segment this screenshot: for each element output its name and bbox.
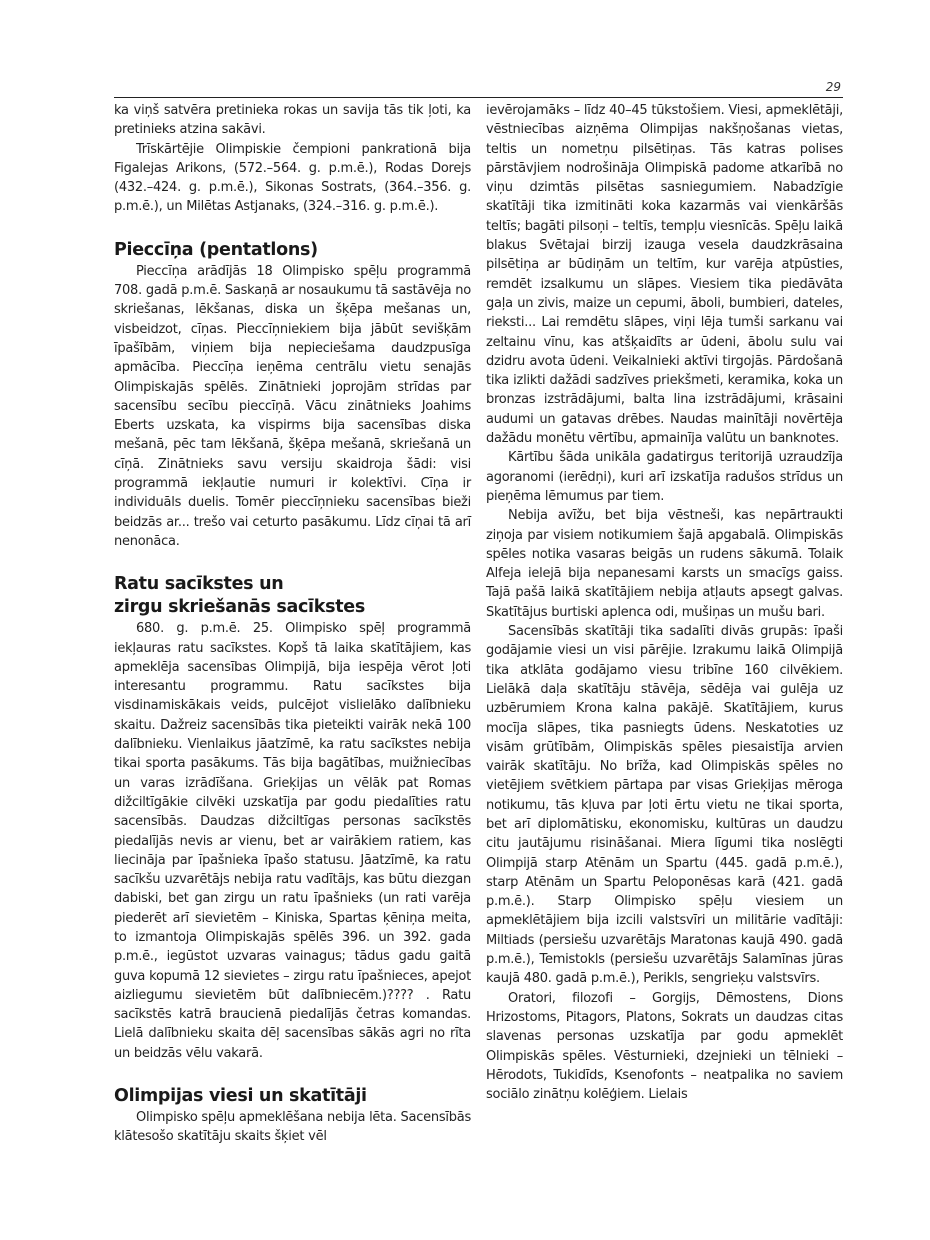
paragraph: Sacensībās skatītāji tika sadalīti divās… bbox=[486, 622, 843, 989]
paragraph: Olimpisko spēļu apmeklēšana nebija lēta.… bbox=[114, 1108, 471, 1147]
paragraph: Kārtību šāda unikāla gadatirgus teritori… bbox=[486, 448, 843, 506]
left-column: ka viņš satvēra pretinieka rokas un savi… bbox=[114, 101, 471, 1147]
paragraph: 680. g. p.m.ē. 25. Olimpisko spēļ progra… bbox=[114, 619, 471, 1063]
paragraph: Oratori, filozofi – Gorgijs, Dēmostens, … bbox=[486, 989, 843, 1105]
paragraph: Trīskārtējie Olimpiskie čempioni pankrat… bbox=[114, 140, 471, 217]
paragraph: ievērojamāks – līdz 40–45 tūkstošiem. Vi… bbox=[486, 101, 843, 448]
paragraph: Pieccīņa arādījās 18 Olimpisko spēļu pro… bbox=[114, 262, 471, 551]
section-heading-guests: Olimpijas viesi un skatītāji bbox=[114, 1085, 471, 1108]
paragraph: Nebija avīžu, bet bija vēstneši, kas nep… bbox=[486, 506, 843, 622]
heading-line: Ratu sacīkstes un bbox=[114, 574, 283, 594]
section-heading-pentathlon: Pieccīņa (pentatlons) bbox=[114, 239, 471, 262]
section-heading-chariot: Ratu sacīkstes un zirgu skriešanās sacīk… bbox=[114, 573, 471, 619]
text-columns: ka viņš satvēra pretinieka rokas un savi… bbox=[114, 101, 843, 1147]
header-rule bbox=[114, 97, 843, 98]
paragraph: ka viņš satvēra pretinieka rokas un savi… bbox=[114, 101, 471, 140]
spacer bbox=[114, 217, 471, 239]
spacer bbox=[114, 551, 471, 573]
right-column: ievērojamāks – līdz 40–45 tūkstošiem. Vi… bbox=[486, 101, 843, 1147]
spacer bbox=[114, 1063, 471, 1085]
heading-line: zirgu skriešanās sacīkstes bbox=[114, 597, 365, 617]
page-number: 29 bbox=[826, 80, 841, 94]
